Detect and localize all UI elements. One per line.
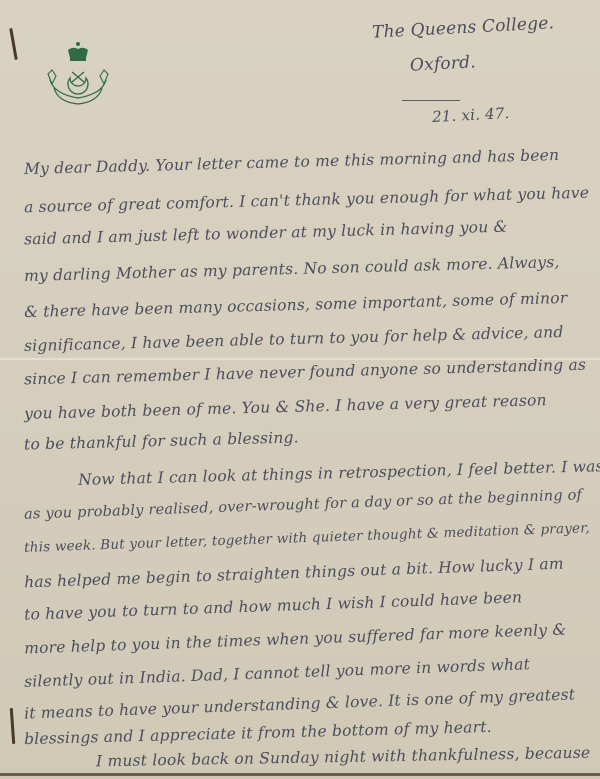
pin-mark-bottom [10,708,16,744]
body-line: to be thankful for such a blessing. [24,428,299,453]
address-line-2: Oxford. [410,52,477,75]
body-line: since I can remember I have never found … [24,356,586,389]
letter-date: 21. xi. 47. [432,104,510,126]
body-line: I must look back on Sunday night with th… [96,744,591,771]
body-line: & there have been many occasions, some i… [24,289,568,321]
address-line-1: The Queens College. [372,13,555,43]
body-line: said and I am just left to wonder at my … [24,218,508,249]
paper-bottom-edge [0,773,600,776]
body-line: more help to you in the times when you s… [24,621,567,658]
letter-page: The Queens College. Oxford. 21. xi. 47. … [0,0,600,776]
body-line: to have you to turn to and how much I wi… [24,588,523,623]
body-line: blessings and I appreciate it from the b… [24,718,492,748]
address-underline [402,100,460,101]
body-line: Now that I can look at things in retrosp… [78,457,600,489]
body-line: significance, I have been able to turn t… [24,323,564,355]
body-line: My dear Daddy. Your letter came to me th… [24,146,560,178]
body-line: it means to have your understanding & lo… [24,685,576,722]
body-line: silently out in India. Dad, I cannot tel… [24,655,530,691]
regimental-crest-icon [40,40,116,112]
body-line: you have both been of me. You & She. I h… [24,391,547,423]
body-line: my darling Mother as my parents. No son … [24,253,560,285]
body-line: as you probably realised, over-wrought f… [24,487,582,522]
pin-mark-top [9,28,18,60]
body-line: this week. But your letter, together wit… [24,520,590,556]
body-line: has helped me begin to straighten things… [24,555,564,592]
body-line: a source of great comfort. I can't thank… [24,184,590,217]
